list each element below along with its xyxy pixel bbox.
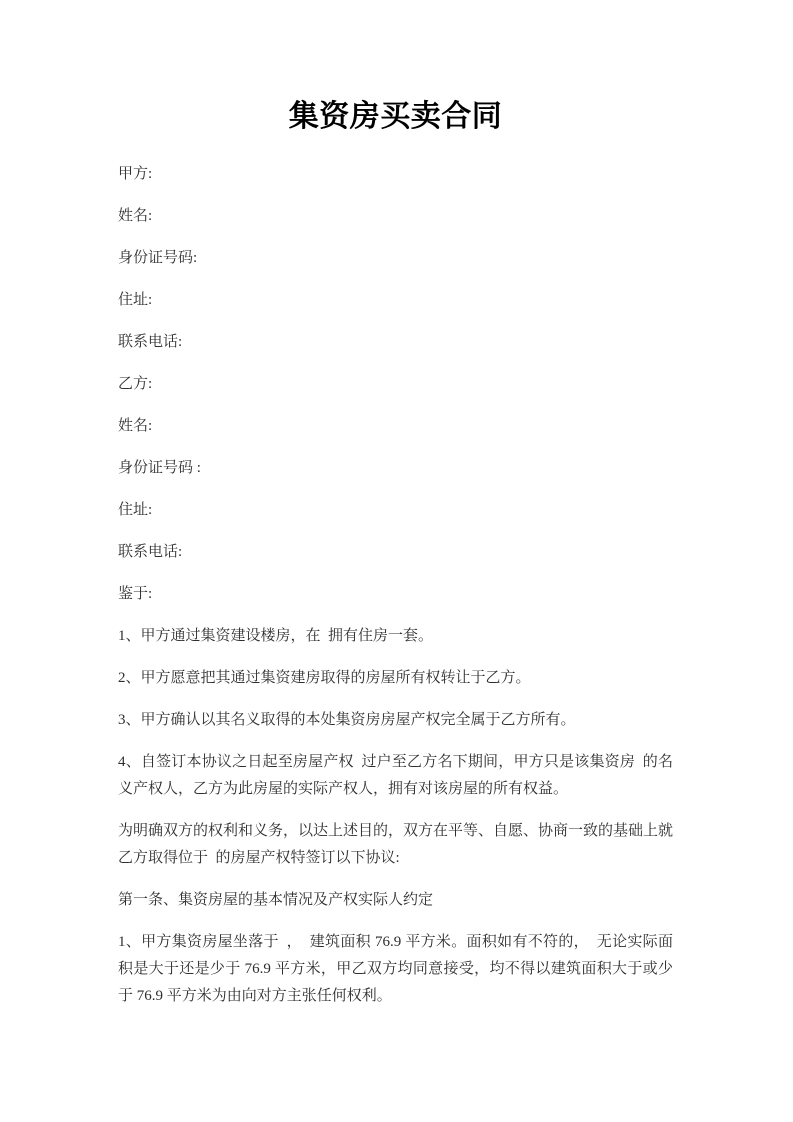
paragraph: 联系电话: xyxy=(118,539,673,566)
paragraph: 甲方: xyxy=(118,161,673,188)
paragraph: 联系电话: xyxy=(118,329,673,356)
paragraph: 4、自签订本协议之日起至房屋产权 过户至乙方名下期间，甲方只是该集资房 的名义产… xyxy=(118,749,673,803)
paragraph: 1、甲方集资房屋坐落于 ， 建筑面积 76.9 平方米。面积如有不符的， 无论实… xyxy=(118,929,673,1010)
paragraph: 3、甲方确认以其名义取得的本处集资房房屋产权完全属于乙方所有。 xyxy=(118,707,673,734)
document-title: 集资房买卖合同 xyxy=(118,97,673,137)
paragraph: 住址: xyxy=(118,287,673,314)
document-page: 集资房买卖合同 甲方:姓名:身份证号码:住址:联系电话:乙方:姓名:身份证号码 … xyxy=(0,0,793,1122)
paragraph: 姓名: xyxy=(118,203,673,230)
paragraph: 鉴于: xyxy=(118,581,673,608)
paragraph: 2、甲方愿意把其通过集资建房取得的房屋所有权转让于乙方。 xyxy=(118,665,673,692)
paragraph: 姓名: xyxy=(118,413,673,440)
paragraph: 第一条、集资房屋的基本情况及产权实际人约定 xyxy=(118,887,673,914)
paragraph: 乙方: xyxy=(118,371,673,398)
paragraph: 1、甲方通过集资建设楼房，在 拥有住房一套。 xyxy=(118,623,673,650)
paragraph: 为明确双方的权利和义务，以达上述目的，双方在平等、自愿、协商一致的基础上就乙方取… xyxy=(118,818,673,872)
paragraph: 身份证号码: xyxy=(118,245,673,272)
paragraph: 身份证号码 : xyxy=(118,455,673,482)
paragraph: 住址: xyxy=(118,497,673,524)
document-body: 甲方:姓名:身份证号码:住址:联系电话:乙方:姓名:身份证号码 :住址:联系电话… xyxy=(118,161,673,1010)
